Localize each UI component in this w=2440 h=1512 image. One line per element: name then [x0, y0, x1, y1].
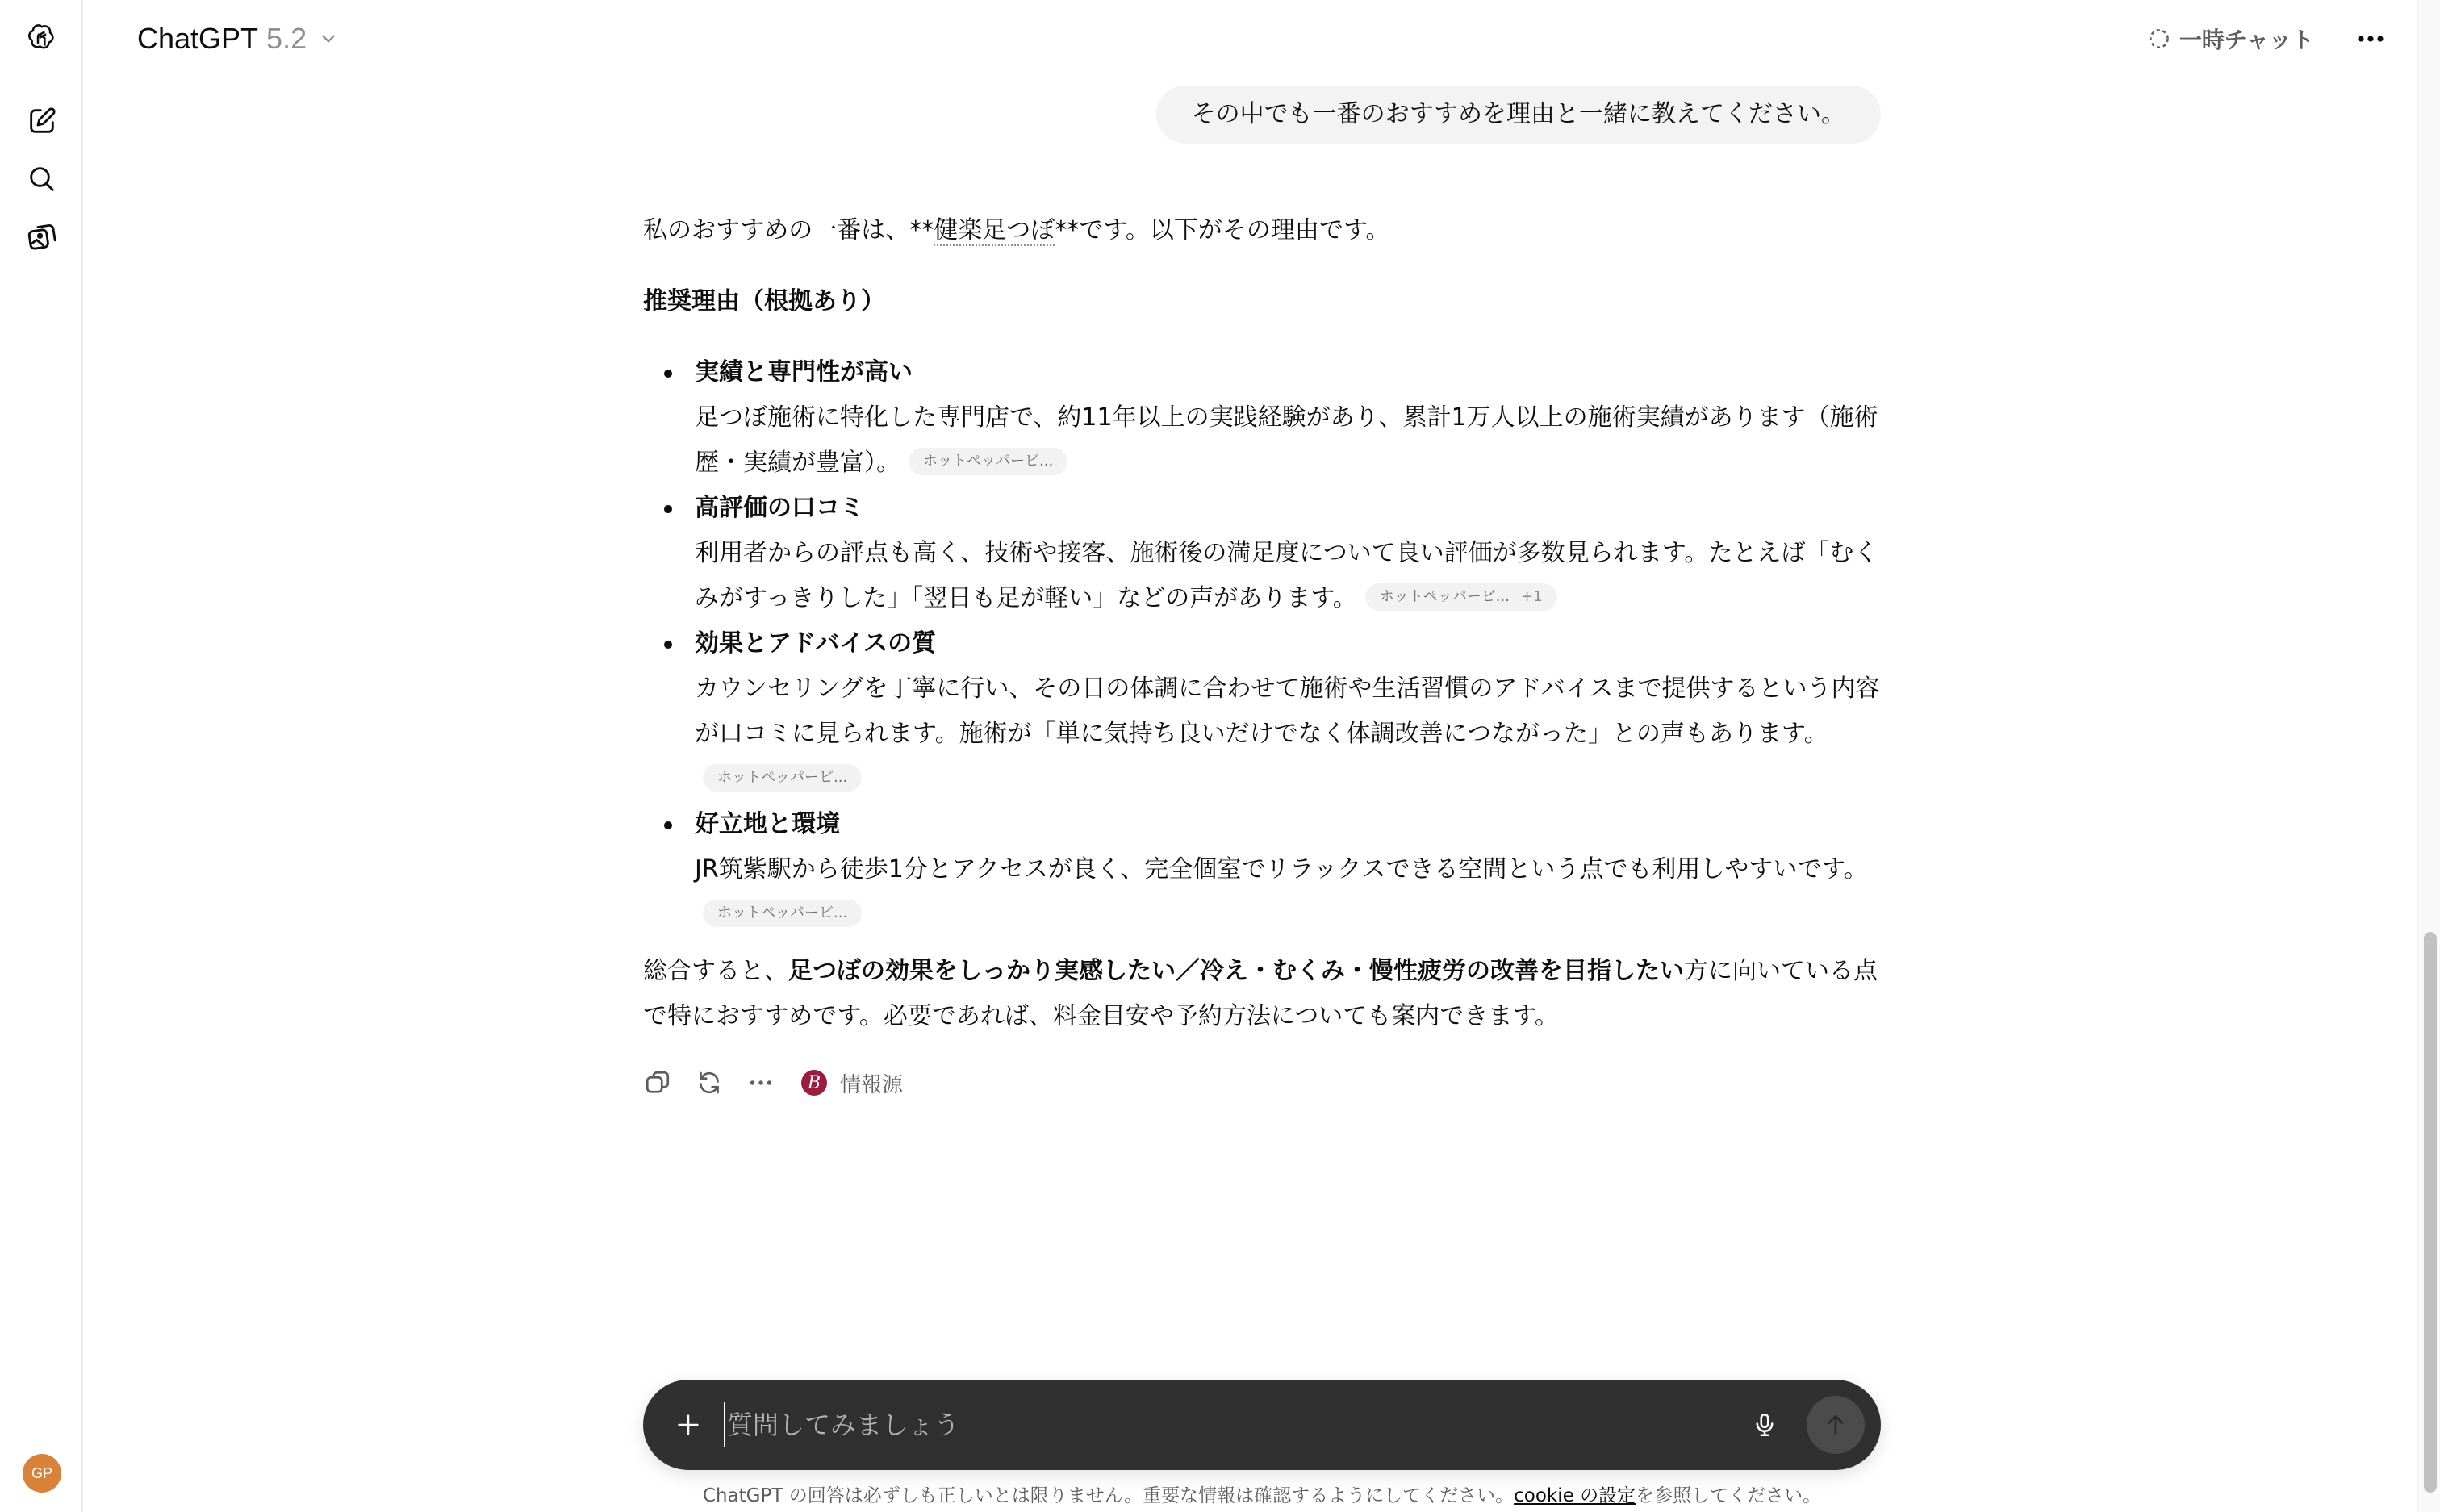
attach-button[interactable] — [667, 1404, 709, 1446]
regenerate-button[interactable] — [695, 1063, 746, 1102]
reason-text: 利用者からの評点も高く、技術や接客、施術後の満足度について良い評価が多数見られま… — [695, 539, 1878, 612]
images-icon — [26, 221, 58, 253]
sidebar: GP — [0, 0, 83, 1512]
source-chip[interactable]: ホットペッパービ... — [909, 448, 1067, 475]
copy-icon — [643, 1068, 672, 1097]
sources-button[interactable]: B 情報源 — [801, 1068, 903, 1098]
reason-title: 効果とアドバイスの質 — [695, 621, 1881, 666]
more-actions-button[interactable] — [746, 1063, 798, 1102]
reason-body: カウンセリングを丁寧に行い、その日の体調に合わせて施術や生活習慣のアドバイスまで… — [695, 666, 1881, 802]
ellipsis-icon — [746, 1068, 775, 1097]
reason-text: JR筑紫駅から徒歩1分とアクセスが良く、完全個室でリラックスできる空間という点で… — [695, 855, 1868, 883]
temporary-chat-button[interactable]: 一時チャット — [2147, 19, 2314, 58]
disclaimer-text: ChatGPT の回答は必ずしも正しいとは限りません。重要な情報は確認するように… — [703, 1485, 1514, 1506]
source-chip[interactable]: ホットペッパービ... — [703, 900, 862, 927]
composer — [643, 1380, 1881, 1470]
compose-icon — [26, 105, 58, 137]
answer-summary: 総合すると、足つぼの効果をしっかり実感したい／冷え・むくみ・慢性疲労の改善を目指… — [643, 949, 1881, 1039]
top-header: ChatGPT 5.2 一時チャット — [85, 0, 2417, 77]
reasons-heading: 推奨理由（根拠あり） — [643, 279, 1881, 324]
message-actions: B 情報源 — [643, 1063, 903, 1102]
disclaimer: ChatGPT の回答は必ずしも正しいとは限りません。重要な情報は確認するように… — [643, 1481, 1881, 1510]
user-message: その中でも一番のおすすめを理由と一緒に教えてください。 — [1156, 86, 1881, 144]
source-chip-count: +1 — [1521, 583, 1543, 611]
sidebar-item-search[interactable] — [24, 161, 60, 197]
arrow-up-icon — [1823, 1412, 1849, 1438]
summary-emphasis: 足つぼの効果をしっかり実感したい／冷え・むくみ・慢性疲労の改善を目指したい — [788, 957, 1684, 985]
model-name: ChatGPT — [137, 22, 258, 56]
sidebar-item-images[interactable] — [24, 219, 60, 255]
user-message-row: その中でも一番のおすすめを理由と一緒に教えてください。 — [1156, 86, 1881, 144]
entity-link[interactable]: 健楽足つぼ — [934, 216, 1055, 246]
prompt-input[interactable] — [724, 1402, 1571, 1447]
reason-body: 利用者からの評点も高く、技術や接客、施術後の満足度について良い評価が多数見られま… — [695, 531, 1881, 621]
intro-suffix: **です。以下がその理由です。 — [1055, 216, 1389, 244]
regenerate-icon — [695, 1068, 724, 1097]
reasons-list: 実績と専門性が高い 足つぼ施術に特化した専門店で、約11年以上の実践経験があり、… — [643, 350, 1881, 938]
disclaimer-suffix: を参照してください。 — [1636, 1485, 1821, 1506]
copy-button[interactable] — [643, 1063, 695, 1102]
avatar[interactable]: GP — [23, 1454, 61, 1493]
scrollbar-thumb[interactable] — [2424, 932, 2437, 1493]
source-chip-label: ホットペッパービ... — [717, 764, 847, 792]
reason-body: 足つぼ施術に特化した専門店で、約11年以上の実践経験があり、累計1万人以上の施術… — [695, 395, 1881, 486]
ellipsis-icon — [2357, 35, 2384, 43]
scrollbar[interactable] — [2417, 0, 2440, 1512]
reason-title: 好立地と環境 — [695, 802, 1881, 847]
dashed-circle-icon — [2147, 27, 2171, 51]
source-favicon-icon: B — [801, 1070, 827, 1096]
sources-label: 情報源 — [840, 1068, 903, 1098]
cookie-settings-link[interactable]: cookie の設定 — [1514, 1485, 1636, 1506]
source-chip-label: ホットペッパービ... — [923, 448, 1053, 475]
more-options-button[interactable] — [2351, 19, 2390, 58]
assistant-message: 私のおすすめの一番は、**健楽足つぼ**です。以下がその理由です。 推奨理由（根… — [643, 208, 1881, 1039]
list-item: 高評価の口コミ 利用者からの評点も高く、技術や接客、施術後の満足度について良い評… — [695, 486, 1881, 621]
summary-prefix: 総合すると、 — [643, 957, 788, 985]
reason-body: JR筑紫駅から徒歩1分とアクセスが良く、完全個室でリラックスできる空間という点で… — [695, 847, 1881, 938]
microphone-icon — [1751, 1411, 1778, 1439]
source-chip-label: ホットペッパービ... — [717, 900, 847, 927]
intro-prefix: 私のおすすめの一番は、** — [643, 216, 934, 244]
source-chip-label: ホットペッパービ... — [1380, 583, 1510, 611]
source-chip[interactable]: ホットペッパービ... — [703, 764, 862, 792]
send-button[interactable] — [1807, 1396, 1865, 1454]
temporary-chat-label: 一時チャット — [2179, 23, 2314, 55]
dictate-button[interactable] — [1744, 1404, 1786, 1446]
openai-logo-icon[interactable] — [24, 21, 60, 56]
plus-icon — [675, 1411, 702, 1439]
sidebar-item-new-chat[interactable] — [24, 103, 60, 139]
list-item: 実績と専門性が高い 足つぼ施術に特化した専門店で、約11年以上の実践経験があり、… — [695, 350, 1881, 486]
avatar-initials: GP — [31, 1465, 52, 1482]
model-selector[interactable]: ChatGPT 5.2 — [137, 18, 339, 60]
chevron-down-icon — [318, 28, 339, 49]
reason-text: 足つぼ施術に特化した専門店で、約11年以上の実践経験があり、累計1万人以上の施術… — [695, 403, 1878, 477]
model-version: 5.2 — [266, 22, 307, 56]
source-chip[interactable]: ホットペッパービ...+1 — [1365, 583, 1557, 611]
reason-title: 高評価の口コミ — [695, 486, 1881, 531]
reason-text: カウンセリングを丁寧に行い、その日の体調に合わせて施術や生活習慣のアドバイスまで… — [695, 675, 1880, 748]
list-item: 好立地と環境 JR筑紫駅から徒歩1分とアクセスが良く、完全個室でリラックスできる… — [695, 802, 1881, 938]
search-icon — [26, 163, 58, 195]
list-item: 効果とアドバイスの質 カウンセリングを丁寧に行い、その日の体調に合わせて施術や生… — [695, 621, 1881, 802]
answer-intro: 私のおすすめの一番は、**健楽足つぼ**です。以下がその理由です。 — [643, 208, 1881, 253]
reason-title: 実績と専門性が高い — [695, 350, 1881, 395]
